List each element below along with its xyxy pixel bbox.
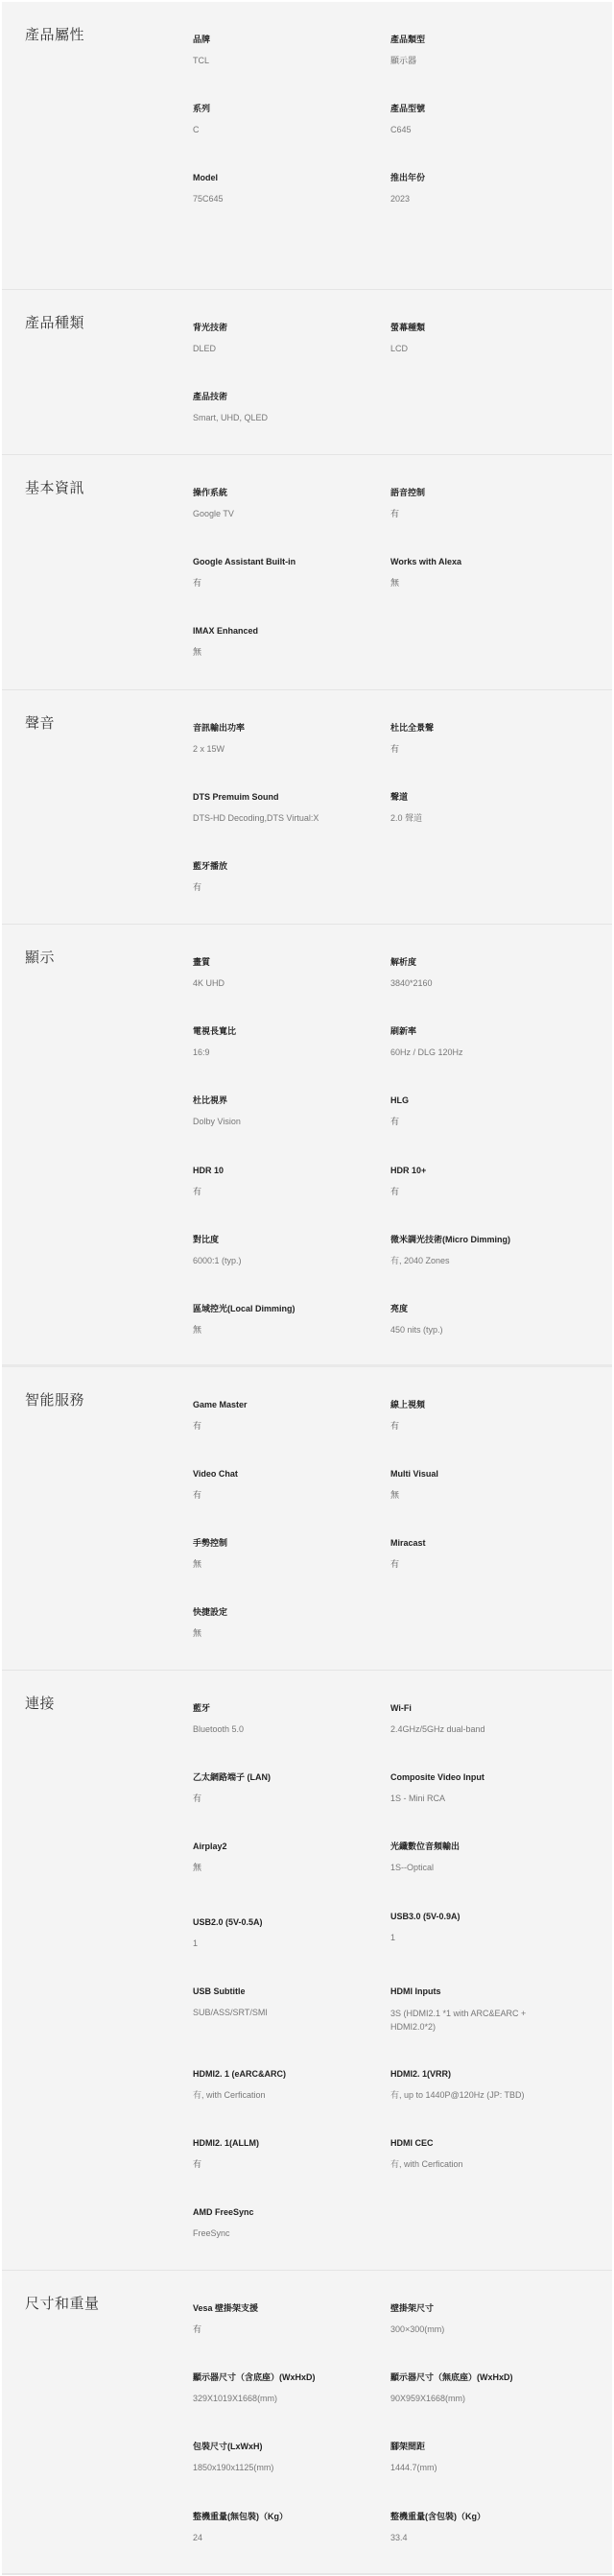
spec-hlg: HLG 有 xyxy=(390,1095,582,1128)
spec-usb-subtitle: USB Subtitle SUB/ASS/SRT/SMI xyxy=(193,1986,385,2019)
spec-contrast-ratio: 對比度 6000:1 (typ.) xyxy=(193,1234,385,1267)
spec-label: 螢幕種類 xyxy=(390,322,582,333)
spec-product-tech: 產品技術 Smart, UHD, QLED xyxy=(193,391,385,424)
spec-label: 畫質 xyxy=(193,956,385,968)
spec-value: 16:9 xyxy=(193,1047,385,1059)
spec-value: 1 xyxy=(390,1932,582,1944)
spec-label: 品牌 xyxy=(193,34,385,45)
spec-value: 2.0 聲道 xyxy=(390,812,582,825)
spec-label: USB Subtitle xyxy=(193,1986,385,1997)
spec-value: LCD xyxy=(390,343,582,355)
spec-resolution: 解析度 3840*2160 xyxy=(390,956,582,990)
spec-value: DLED xyxy=(193,343,385,355)
spec-miracast: Miracast 有 xyxy=(390,1537,582,1571)
spec-label: 杜比視界 xyxy=(193,1095,385,1106)
spec-value: 1850x190x1125(mm) xyxy=(193,2462,385,2474)
spec-video-chat: Video Chat 有 xyxy=(193,1468,385,1502)
spec-quick-settings: 快捷設定 無 xyxy=(193,1606,385,1640)
spec-value: 無 xyxy=(193,1558,385,1571)
spec-bluetooth-playback: 藍牙播放 有 xyxy=(193,860,385,894)
spec-label: 藍牙播放 xyxy=(193,860,385,872)
spec-value: 有 xyxy=(193,1420,385,1432)
spec-value: FreeSync xyxy=(193,2227,385,2240)
spec-label: 語音控制 xyxy=(390,487,582,498)
spec-value: 2 x 15W xyxy=(193,743,385,756)
spec-value: SUB/ASS/SRT/SMI xyxy=(193,2007,385,2019)
spec-game-master: Game Master 有 xyxy=(193,1399,385,1432)
spec-hdmi21-earc: HDMI2. 1 (eARC&ARC) 有, with Cerfication xyxy=(193,2068,385,2102)
spec-value: 有, up to 1440P@120Hz (JP: TBD) xyxy=(390,2089,582,2102)
spec-label: Multi Visual xyxy=(390,1468,582,1480)
spec-dts-premium-sound: DTS Premuim Sound DTS-HD Decoding,DTS Vi… xyxy=(193,791,385,825)
spec-value: 有 xyxy=(193,1489,385,1502)
spec-hdmi-cec: HDMI CEC 有, with Cerfication xyxy=(390,2137,582,2171)
spec-label: 刷新率 xyxy=(390,1025,582,1037)
spec-value: 1S--Optical xyxy=(390,1862,582,1874)
spec-label: 操作系統 xyxy=(193,487,385,498)
spec-picture-quality: 畫質 4K UHD xyxy=(193,956,385,990)
spec-bluetooth: 藍牙 Bluetooth 5.0 xyxy=(193,1702,385,1736)
spec-label: 壁掛架尺寸 xyxy=(390,2302,582,2314)
spec-hdmi21-allm: HDMI2. 1(ALLM) 有 xyxy=(193,2137,385,2171)
spec-value: Bluetooth 5.0 xyxy=(193,1723,385,1736)
spec-label: Miracast xyxy=(390,1537,582,1549)
spec-label: Composite Video Input xyxy=(390,1771,582,1783)
spec-label: 微米調光技術(Micro Dimming) xyxy=(390,1234,582,1245)
spec-value: Dolby Vision xyxy=(193,1116,385,1128)
spec-value: 無 xyxy=(390,1489,582,1502)
spec-label: 產品類型 xyxy=(390,34,582,45)
spec-value: 1444.7(mm) xyxy=(390,2462,582,2474)
spec-value: 4K UHD xyxy=(193,977,385,990)
spec-label: 系列 xyxy=(193,103,385,114)
spec-value: 無 xyxy=(193,646,385,659)
spec-online-video: 線上視頻 有 xyxy=(390,1399,582,1432)
spec-value: 60Hz / DLG 120Hz xyxy=(390,1047,582,1059)
spec-value: 2.4GHz/5GHz dual-band xyxy=(390,1723,582,1736)
spec-label: 整機重量(無包裝)（Kg） xyxy=(193,2511,385,2522)
spec-value: 有 xyxy=(390,743,582,756)
spec-hdmi-inputs: HDMI Inputs 3S (HDMI2.1 *1 with ARC&EARC… xyxy=(390,1986,573,2034)
spec-multi-visual: Multi Visual 無 xyxy=(390,1468,582,1502)
spec-label: HDR 10+ xyxy=(390,1165,582,1176)
spec-value: 有, 2040 Zones xyxy=(390,1255,582,1267)
spec-label: Google Assistant Built-in xyxy=(193,556,385,567)
spec-label: 藍牙 xyxy=(193,1702,385,1714)
spec-hdr10: HDR 10 有 xyxy=(193,1165,385,1198)
spec-value: 300×300(mm) xyxy=(390,2323,582,2336)
spec-value: 1 xyxy=(193,1938,385,1950)
spec-label: 背光技術 xyxy=(193,322,385,333)
spec-value: 75C645 xyxy=(193,193,385,205)
spec-package-size: 包裝尺寸(LxWxH) 1850x190x1125(mm) xyxy=(193,2441,385,2474)
spec-operating-system: 操作系統 Google TV xyxy=(193,487,385,520)
section-title: 連接 xyxy=(25,1696,55,1713)
section-title: 基本資訊 xyxy=(25,480,84,497)
spec-net-weight: 整機重量(無包裝)（Kg） 24 xyxy=(193,2511,385,2544)
spec-optical-audio-output: 光纖數位音頻輸出 1S--Optical xyxy=(390,1841,582,1874)
spec-value: 有 xyxy=(390,1420,582,1432)
spec-value: Smart, UHD, QLED xyxy=(193,412,385,424)
spec-refresh-rate: 刷新率 60Hz / DLG 120Hz xyxy=(390,1025,582,1059)
spec-value: C645 xyxy=(390,124,582,136)
spec-value: 2023 xyxy=(390,193,582,205)
spec-composite-video-input: Composite Video Input 1S - Mini RCA xyxy=(390,1771,582,1805)
spec-label: 光纖數位音頻輸出 xyxy=(390,1841,582,1852)
spec-label: 對比度 xyxy=(193,1234,385,1245)
section-connectivity: 連接 藍牙 Bluetooth 5.0 Wi-Fi 2.4GHz/5GHz du… xyxy=(2,1671,612,2271)
section-title: 產品屬性 xyxy=(25,27,84,44)
spec-label: USB3.0 (5V-0.9A) xyxy=(390,1911,582,1922)
spec-size-without-stand: 顯示器尺寸（無底座）(WxHxD) 90X959X1668(mm) xyxy=(390,2371,582,2405)
spec-works-with-alexa: Works with Alexa 無 xyxy=(390,556,582,590)
spec-label: 區域控光(Local Dimming) xyxy=(193,1303,385,1314)
spec-label: HDMI2. 1 (eARC&ARC) xyxy=(193,2068,385,2080)
spec-value: 3840*2160 xyxy=(390,977,582,990)
spec-amd-freesync: AMD FreeSync FreeSync xyxy=(193,2206,385,2240)
spec-label: USB2.0 (5V-0.5A) xyxy=(193,1916,385,1928)
spec-value: 有 xyxy=(390,1186,582,1198)
spec-label: 產品技術 xyxy=(193,391,385,402)
spec-voice-control: 語音控制 有 xyxy=(390,487,582,520)
spec-value: Google TV xyxy=(193,508,385,520)
section-product-category: 產品種類 背光技術 DLED 螢幕種類 LCD 產品技術 Smart, UHD,… xyxy=(2,290,612,455)
spec-label: 杜比全景聲 xyxy=(390,722,582,734)
spec-label: Airplay2 xyxy=(193,1841,385,1852)
section-dimensions-weight: 尺寸和重量 Vesa 壁掛架支援 有 壁掛架尺寸 300×300(mm) 顯示器… xyxy=(2,2271,612,2574)
spec-local-dimming: 區域控光(Local Dimming) 無 xyxy=(193,1303,385,1336)
spec-lan: 乙太網路端子 (LAN) 有 xyxy=(193,1771,385,1805)
spec-value: 有 xyxy=(390,1116,582,1128)
spec-label: 整機重量(含包裝)（Kg） xyxy=(390,2511,582,2522)
spec-label: AMD FreeSync xyxy=(193,2206,385,2218)
spec-screen-type: 螢幕種類 LCD xyxy=(390,322,582,355)
spec-release-year: 推出年份 2023 xyxy=(390,172,582,205)
spec-usb3: USB3.0 (5V-0.9A) 1 xyxy=(390,1911,582,1944)
spec-value: 顯示器 xyxy=(390,55,582,67)
bottom-divider xyxy=(2,2573,612,2575)
spec-value: 有, with Cerfication xyxy=(390,2158,582,2171)
spec-value: 有 xyxy=(193,1186,385,1198)
spec-series: 系列 C xyxy=(193,103,385,136)
spec-imax-enhanced: IMAX Enhanced 無 xyxy=(193,625,385,659)
spec-model: Model 75C645 xyxy=(193,172,385,205)
spec-label: Game Master xyxy=(193,1399,385,1410)
spec-label: Video Chat xyxy=(193,1468,385,1480)
spec-label: Vesa 壁掛架支援 xyxy=(193,2302,385,2314)
section-basic-info: 基本資訊 操作系統 Google TV 語音控制 有 Google Assist… xyxy=(2,455,612,690)
spec-label: Works with Alexa xyxy=(390,556,582,567)
spec-value: 33.4 xyxy=(390,2532,582,2544)
spec-value: C xyxy=(193,124,385,136)
spec-label: HDMI2. 1(VRR) xyxy=(390,2068,582,2080)
section-title: 聲音 xyxy=(25,715,55,733)
spec-label: 推出年份 xyxy=(390,172,582,183)
spec-label: IMAX Enhanced xyxy=(193,625,385,637)
spec-value: 無 xyxy=(193,1627,385,1640)
spec-aspect-ratio: 電視長寬比 16:9 xyxy=(193,1025,385,1059)
spec-label: Wi-Fi xyxy=(390,1702,582,1714)
spec-label: 顯示器尺寸（無底座）(WxHxD) xyxy=(390,2371,582,2383)
spec-value: 無 xyxy=(193,1324,385,1336)
section-title: 顯示 xyxy=(25,950,55,967)
spec-value: 90X959X1668(mm) xyxy=(390,2393,582,2405)
spec-label: DTS Premuim Sound xyxy=(193,791,385,803)
spec-value: 有 xyxy=(193,2158,385,2171)
spec-label: 聲道 xyxy=(390,791,582,803)
spec-value: 1S - Mini RCA xyxy=(390,1793,582,1805)
spec-value: 有 xyxy=(193,881,385,894)
spec-value: 3S (HDMI2.1 *1 with ARC&EARC + HDMI2.0*2… xyxy=(390,2007,573,2034)
spec-label: 產品型號 xyxy=(390,103,582,114)
spec-value: 有 xyxy=(390,1558,582,1571)
spec-product-model-number: 產品型號 C645 xyxy=(390,103,582,136)
section-title: 智能服務 xyxy=(25,1392,84,1409)
spec-label: 手勢控制 xyxy=(193,1537,385,1549)
spec-value: 329X1019X1668(mm) xyxy=(193,2393,385,2405)
spec-value: 無 xyxy=(193,1862,385,1874)
spec-value: 24 xyxy=(193,2532,385,2544)
spec-label: HDR 10 xyxy=(193,1165,385,1176)
spec-value: 有 xyxy=(193,1793,385,1805)
spec-page: 產品屬性 品牌 TCL 產品類型 顯示器 系列 C 產品型號 C645 Mode… xyxy=(2,2,612,2574)
spec-label: HDMI Inputs xyxy=(390,1986,573,1997)
spec-label: HDMI CEC xyxy=(390,2137,582,2149)
spec-hdr10-plus: HDR 10+ 有 xyxy=(390,1165,582,1198)
spec-audio-output-power: 音訊輸出功率 2 x 15W xyxy=(193,722,385,756)
spec-value: TCL xyxy=(193,55,385,67)
spec-value: 有, with Cerfication xyxy=(193,2089,385,2102)
spec-label: 乙太網路端子 (LAN) xyxy=(193,1771,385,1783)
spec-value: 無 xyxy=(390,577,582,590)
spec-wall-mount-size: 壁掛架尺寸 300×300(mm) xyxy=(390,2302,582,2336)
spec-label: 電視長寬比 xyxy=(193,1025,385,1037)
spec-value: 6000:1 (typ.) xyxy=(193,1255,385,1267)
spec-label: 線上視頻 xyxy=(390,1399,582,1410)
spec-label: 顯示器尺寸（含底座）(WxHxD) xyxy=(193,2371,385,2383)
spec-value: DTS-HD Decoding,DTS Virtual:X xyxy=(193,812,385,825)
spec-label: Model xyxy=(193,172,385,183)
spec-google-assistant: Google Assistant Built-in 有 xyxy=(193,556,385,590)
section-smart-services: 智能服務 Game Master 有 線上視頻 有 Video Chat 有 M… xyxy=(2,1367,612,1671)
spec-value: 450 nits (typ.) xyxy=(390,1324,582,1336)
spec-gross-weight: 整機重量(含包裝)（Kg） 33.4 xyxy=(390,2511,582,2544)
section-display: 顯示 畫質 4K UHD 解析度 3840*2160 電視長寬比 16:9 刷新… xyxy=(2,925,612,1367)
spec-brand: 品牌 TCL xyxy=(193,34,385,67)
spec-label: 腳架間距 xyxy=(390,2441,582,2452)
spec-wifi: Wi-Fi 2.4GHz/5GHz dual-band xyxy=(390,1702,582,1736)
spec-vesa-support: Vesa 壁掛架支援 有 xyxy=(193,2302,385,2336)
spec-label: 音訊輸出功率 xyxy=(193,722,385,734)
spec-dolby-atmos: 杜比全景聲 有 xyxy=(390,722,582,756)
spec-stand-spacing: 腳架間距 1444.7(mm) xyxy=(390,2441,582,2474)
spec-dolby-vision: 杜比視界 Dolby Vision xyxy=(193,1095,385,1128)
section-audio: 聲音 音訊輸出功率 2 x 15W 杜比全景聲 有 DTS Premuim So… xyxy=(2,690,612,925)
spec-size-with-stand: 顯示器尺寸（含底座）(WxHxD) 329X1019X1668(mm) xyxy=(193,2371,385,2405)
spec-label: 亮度 xyxy=(390,1303,582,1314)
spec-micro-dimming: 微米調光技術(Micro Dimming) 有, 2040 Zones xyxy=(390,1234,582,1267)
spec-label: 包裝尺寸(LxWxH) xyxy=(193,2441,385,2452)
spec-channels: 聲道 2.0 聲道 xyxy=(390,791,582,825)
spec-value: 有 xyxy=(390,508,582,520)
section-product-attributes: 產品屬性 品牌 TCL 產品類型 顯示器 系列 C 產品型號 C645 Mode… xyxy=(2,2,612,290)
spec-hdmi21-vrr: HDMI2. 1(VRR) 有, up to 1440P@120Hz (JP: … xyxy=(390,2068,582,2102)
spec-usb2: USB2.0 (5V-0.5A) 1 xyxy=(193,1916,385,1950)
spec-label: HDMI2. 1(ALLM) xyxy=(193,2137,385,2149)
section-title: 尺寸和重量 xyxy=(25,2296,100,2313)
spec-gesture-control: 手勢控制 無 xyxy=(193,1537,385,1571)
spec-backlight-tech: 背光技術 DLED xyxy=(193,322,385,355)
spec-label: 解析度 xyxy=(390,956,582,968)
section-title: 產品種類 xyxy=(25,315,84,332)
spec-airplay2: Airplay2 無 xyxy=(193,1841,385,1874)
spec-value: 有 xyxy=(193,2323,385,2336)
spec-product-type: 產品類型 顯示器 xyxy=(390,34,582,67)
spec-label: HLG xyxy=(390,1095,582,1106)
spec-value: 有 xyxy=(193,577,385,590)
spec-brightness: 亮度 450 nits (typ.) xyxy=(390,1303,582,1336)
spec-label: 快捷設定 xyxy=(193,1606,385,1618)
